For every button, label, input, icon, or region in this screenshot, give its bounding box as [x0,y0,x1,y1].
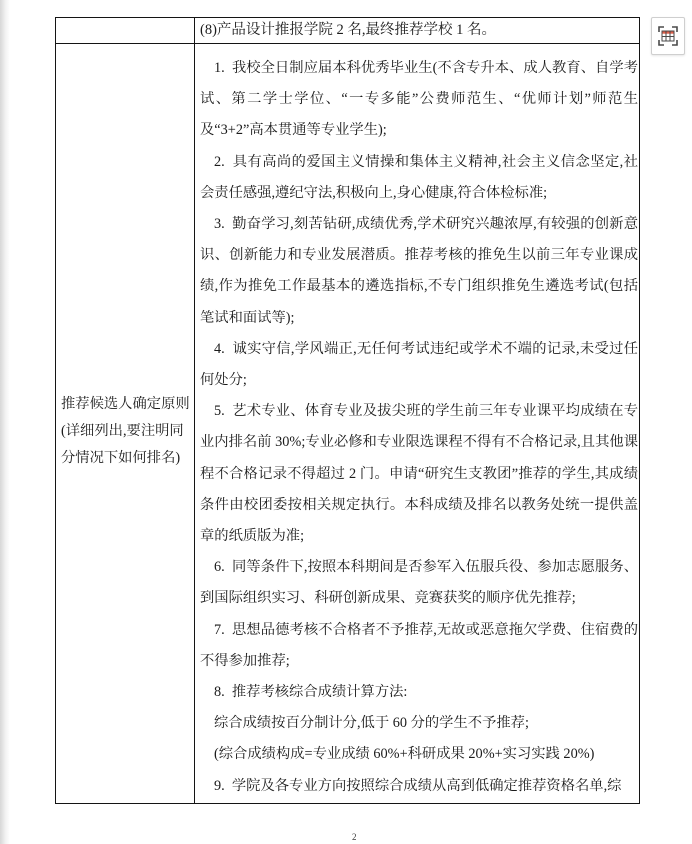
table-cell-empty[interactable] [56,18,195,43]
criteria-title-line: (详细列出,要注明同 [61,418,192,445]
criteria-title-line: 推荐候选人确定原则 [61,391,192,418]
criteria-item-8-score-formula: (综合成绩构成=专业成绩 60%+科研成果 20%+实习实践 20%) [200,739,638,770]
table-cell-criteria-title[interactable]: 推荐候选人确定原则 (详细列出,要注明同 分情况下如何排名) [56,44,195,803]
criteria-item-9: 9. 学院及各专业方向按照综合成绩从高到低确定推荐资格名单,综 [200,771,638,802]
table-select-icon [657,25,679,47]
table-row: (8)产品设计推报学院 2 名,最终推荐学校 1 名。 [56,18,639,44]
table-cell-criteria-body[interactable]: 1. 我校全日制应届本科优秀毕业生(不含专升本、成人教育、自学考试、第二学士学位… [195,44,639,803]
criteria-item-7: 7. 思想品德考核不合格者不予推荐,无故或恶意拖欠学费、住宿费的不得参加推荐; [200,615,638,677]
table-select-button[interactable] [651,17,685,55]
table-cell-quota-item[interactable]: (8)产品设计推报学院 2 名,最终推荐学校 1 名。 [195,18,639,43]
criteria-item-4: 4. 诚实守信,学风端正,无任何考试违纪或学术不端的记录,未受过任何处分; [200,334,638,396]
table-row: 推荐候选人确定原则 (详细列出,要注明同 分情况下如何排名) 1. 我校全日制应… [56,44,639,803]
criteria-item-6: 6. 同等条件下,按照本科期间是否参军入伍服兵役、参加志愿服务、到国际组织实习、… [200,552,638,614]
criteria-item-5: 5. 艺术专业、体育专业及拔尖班的学生前三年专业课平均成绩在专业内排名前 30%… [200,396,638,552]
document-page: { "doc": { "table": { "row1": { "right":… [0,0,692,844]
footer-page-number: 2 [352,833,357,842]
page-left-edge-shadow [0,0,10,844]
document-table: (8)产品设计推报学院 2 名,最终推荐学校 1 名。 推荐候选人确定原则 (详… [55,17,640,804]
criteria-item-8: 8. 推荐考核综合成绩计算方法: [200,677,638,708]
quota-item-text: (8)产品设计推报学院 2 名,最终推荐学校 1 名。 [195,18,639,43]
criteria-item-2: 2. 具有高尚的爱国主义情操和集体主义精神,社会主义信念坚定,社会责任感强,遵纪… [200,147,638,209]
criteria-item-8-score-rule: 综合成绩按百分制计分,低于 60 分的学生不予推荐; [200,708,638,739]
criteria-item-1: 1. 我校全日制应届本科优秀毕业生(不含专升本、成人教育、自学考试、第二学士学位… [200,53,638,147]
criteria-title-line: 分情况下如何排名) [61,445,192,472]
criteria-item-3: 3. 勤奋学习,刻苦钻研,成绩优秀,学术研究兴趣浓厚,有较强的创新意识、创新能力… [200,209,638,334]
